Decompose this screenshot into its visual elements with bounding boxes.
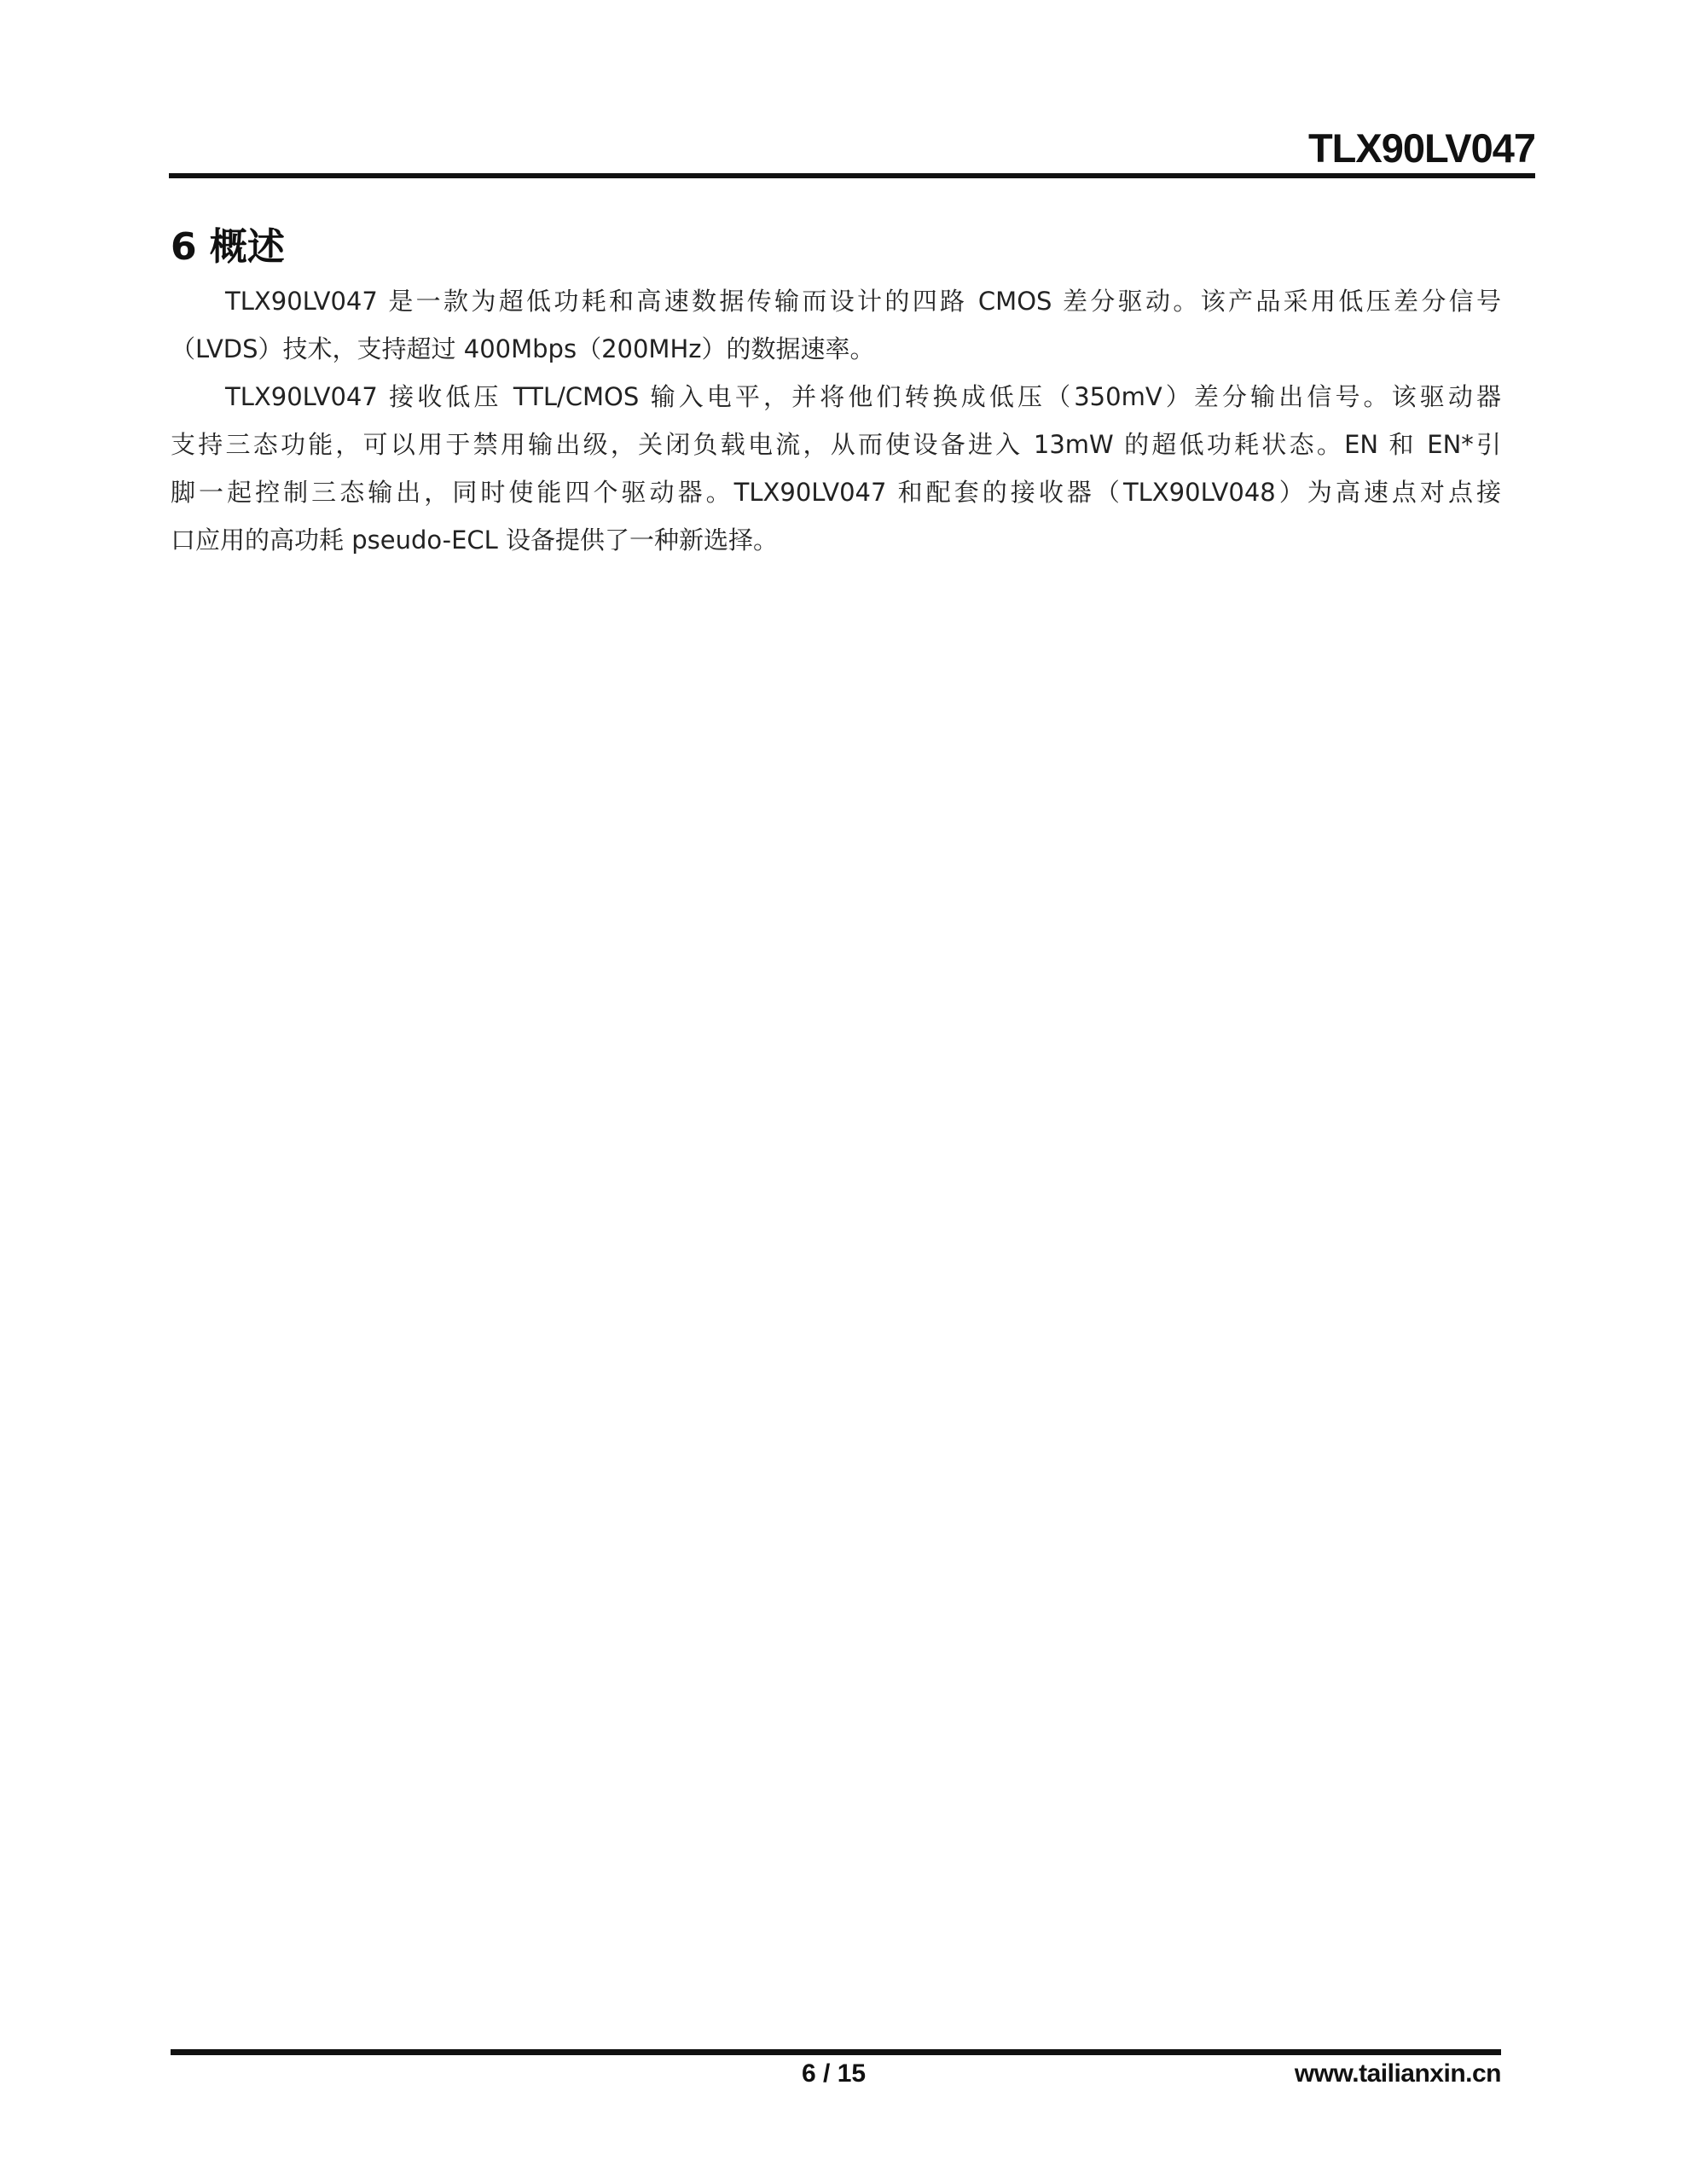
paragraph-2: TLX90LV047 接收低压 TTL/CMOS 输入电平，并将他们转换成低压（… bbox=[171, 373, 1501, 564]
paragraph-line: TLX90LV047 接收低压 TTL/CMOS 输入电平，并将他们转换成低压（… bbox=[171, 373, 1501, 421]
paragraph-line: （LVDS）技术，支持超过 400Mbps（200MHz）的数据速率。 bbox=[171, 325, 1501, 373]
section-heading: 6 概述 bbox=[171, 224, 285, 271]
header-divider bbox=[169, 173, 1535, 178]
paragraph-line: TLX90LV047 是一款为超低功耗和高速数据传输而设计的四路 CMOS 差分… bbox=[171, 277, 1501, 325]
section-body: TLX90LV047 是一款为超低功耗和高速数据传输而设计的四路 CMOS 差分… bbox=[171, 277, 1501, 564]
paragraph-line: 口应用的高功耗 pseudo-ECL 设备提供了一种新选择。 bbox=[171, 516, 1501, 564]
document-title: TLX90LV047 bbox=[1308, 125, 1535, 172]
document-page: TLX90LV047 6 概述 TLX90LV047 是一款为超低功耗和高速数据… bbox=[0, 0, 1687, 2184]
paragraph-line: 支持三态功能，可以用于禁用输出级，关闭负载电流，从而使设备进入 13mW 的超低… bbox=[171, 421, 1501, 468]
page-number: 6 / 15 bbox=[802, 2059, 866, 2088]
footer-divider bbox=[171, 2049, 1501, 2055]
paragraph-line: 脚一起控制三态输出，同时使能四个驱动器。TLX90LV047 和配套的接收器（T… bbox=[171, 468, 1501, 516]
paragraph-1: TLX90LV047 是一款为超低功耗和高速数据传输而设计的四路 CMOS 差分… bbox=[171, 277, 1501, 373]
website-url: www.tailianxin.cn bbox=[1295, 2059, 1501, 2088]
